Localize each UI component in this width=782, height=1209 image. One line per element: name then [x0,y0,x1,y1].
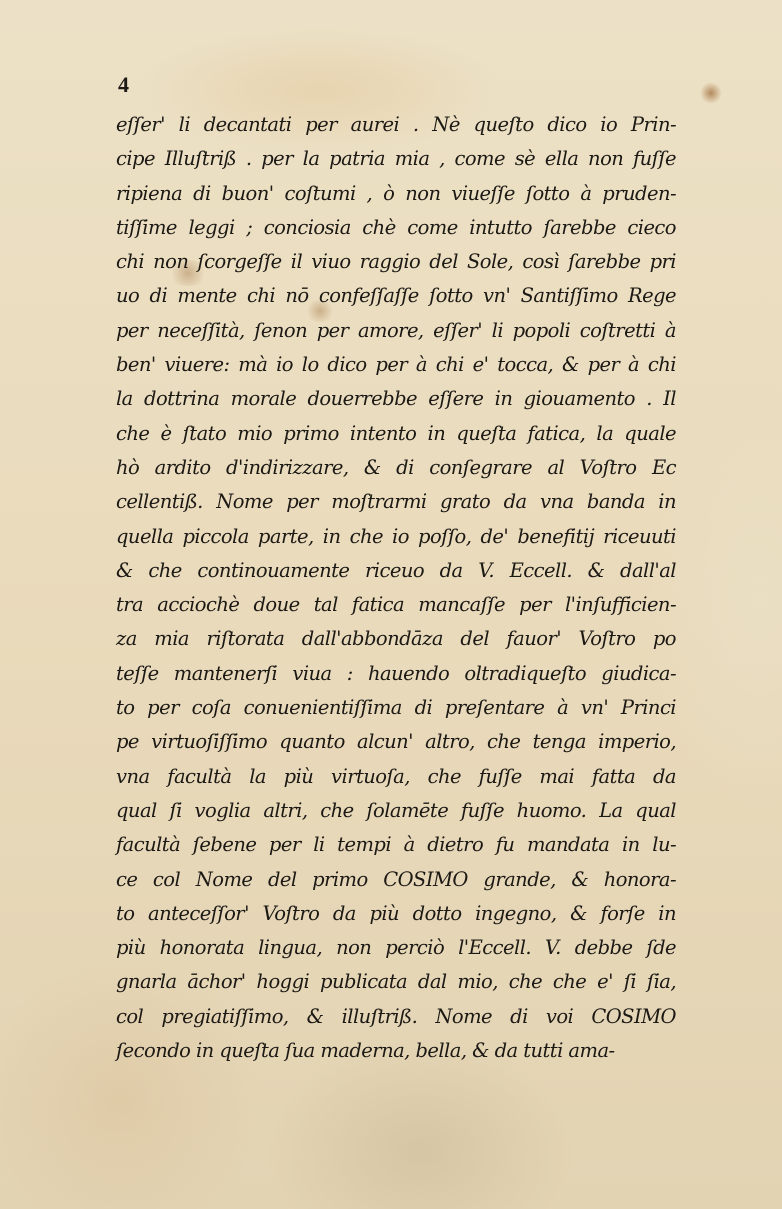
body-text: eſſer' li decantati per aurei . Nè queſt… [116,108,676,1068]
text-line: uo di mente chi nō confeſſaſſe ſotto vn'… [116,279,676,313]
book-page: 4 eſſer' li decantati per aurei . Nè que… [0,0,782,1209]
text-line: tiſſime leggi ; conciosia chè come intut… [116,211,676,245]
text-line: cipe Illuſtriß . per la patria mia , com… [116,142,676,176]
text-line: ce col Nome del primo COSIMO grande, & h… [116,863,676,897]
text-line: facultà ſebene per li tempi à dietro fu … [116,828,676,862]
text-line: che è ſtato mio primo intento in queſta … [116,417,676,451]
text-line: più honorata lingua, non perciò l'Eccell… [116,931,676,965]
text-line: za mia riſtorata dall'abbondāza del fauo… [116,622,676,656]
text-line: hò ardito d'indirizzare, & di conſegrare… [116,451,676,485]
text-line: to anteceſſor' Voſtro da più dotto ingeg… [116,897,676,931]
text-line: eſſer' li decantati per aurei . Nè queſt… [116,108,676,142]
text-line: quella piccola parte, in che io poſſo, d… [116,520,676,554]
text-line: col pregiatiſſimo, & illuſtriß. Nome di … [116,1000,676,1034]
text-line: chi non ſcorgeſſe il viuo raggio del Sol… [116,245,676,279]
text-line: tra acciochè doue tal fatica mancaſſe pe… [116,588,676,622]
text-line: & che continouamente riceuo da V. Eccell… [116,554,676,588]
text-line: cellentiß. Nome per moſtrarmi grato da v… [116,485,676,519]
text-line: la dottrina morale douerrebbe eſſere in … [116,382,676,416]
text-line: ripiena di buon' coſtumi , ò non viueſſe… [116,177,676,211]
text-line: qual ſi voglia altri, che ſolamēte fuſſe… [116,794,676,828]
text-line: pe virtuoſiſſimo quanto alcun' altro, ch… [116,725,676,759]
text-line: ben' viuere: mà io lo dico per à chi e' … [116,348,676,382]
text-line: ſecondo in queſta ſua maderna, bella, & … [116,1034,676,1068]
foxing-stain [700,82,722,104]
text-line: teſſe mantenerſi viua : hauendo oltradiq… [116,657,676,691]
text-line: gnarla āchor' hoggi publicata dal mio, c… [116,965,676,999]
page-number: 4 [118,72,129,98]
text-line: per neceſſità, ſenon per amore, eſſer' l… [116,314,676,348]
text-line: to per coſa conuenientiſſima di preſenta… [116,691,676,725]
text-line: vna facultà la più virtuoſa, che fuſſe m… [116,760,676,794]
